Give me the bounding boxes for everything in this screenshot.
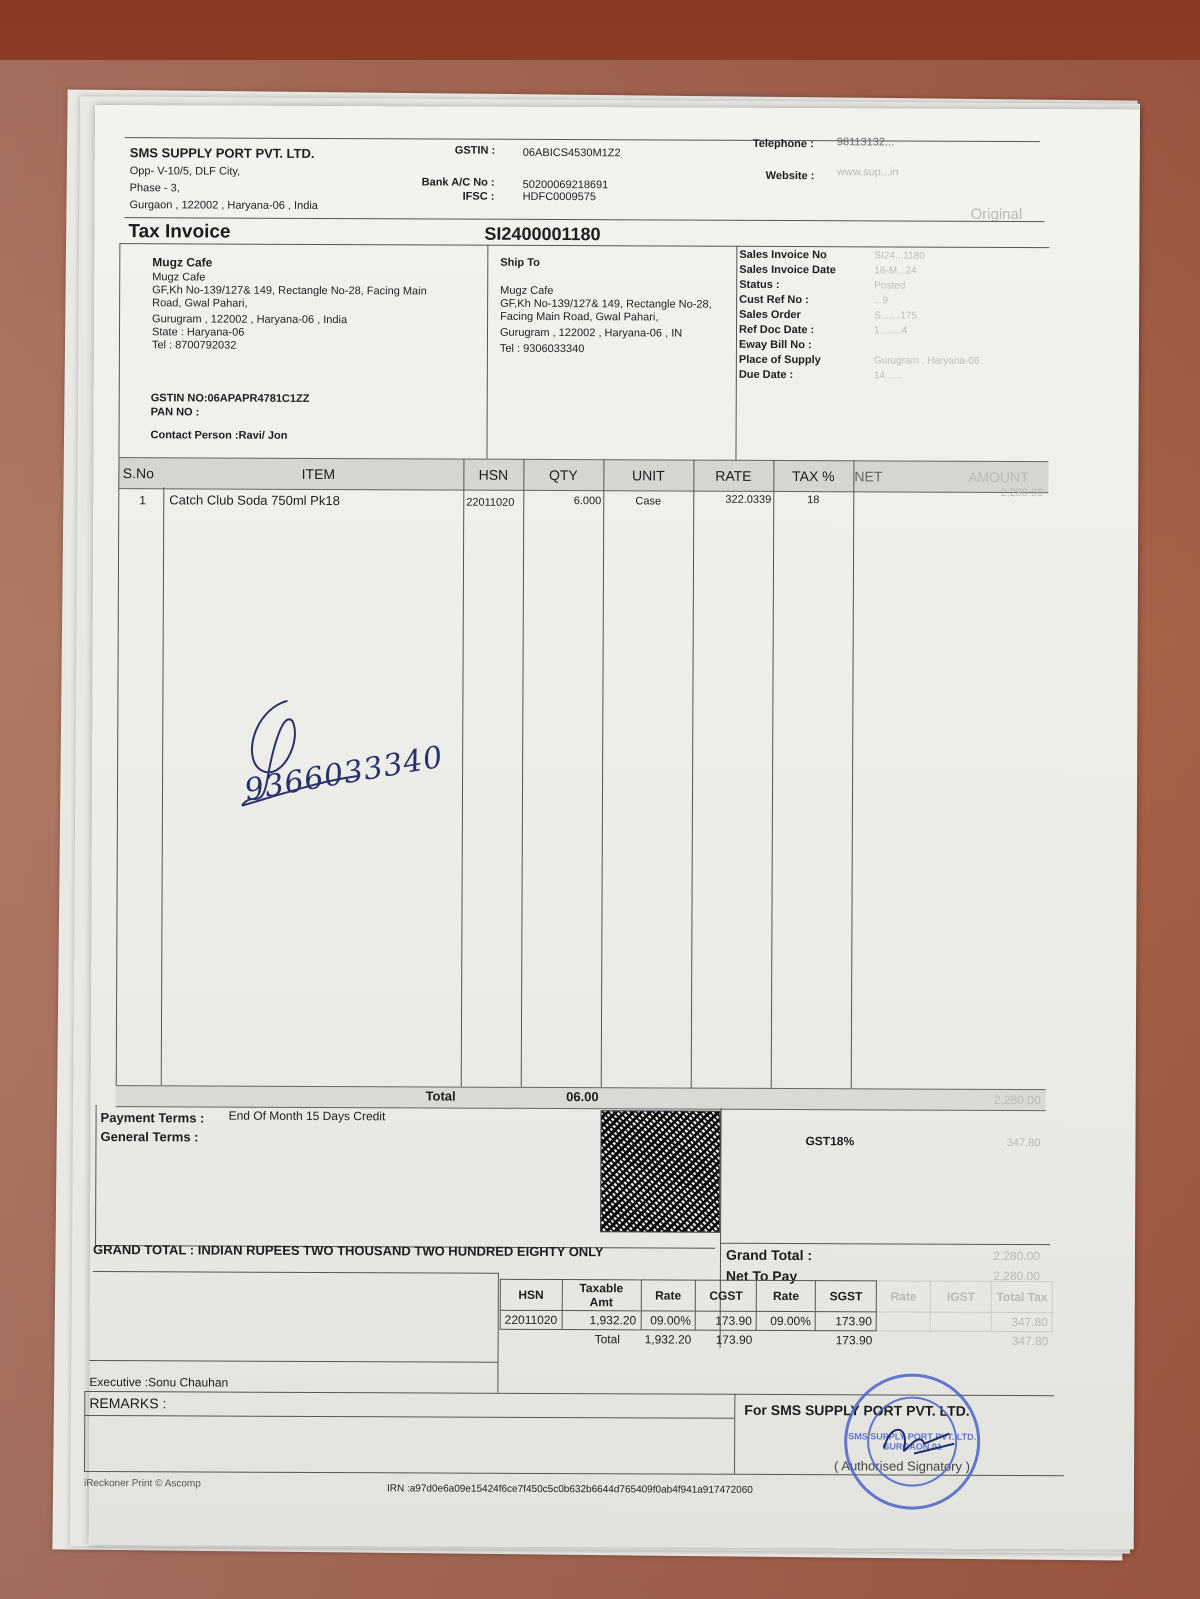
ship-to-line: Tel : 9306033340 <box>500 343 712 357</box>
stamp-signature <box>879 1418 959 1463</box>
total-amount: 2,280.00 <box>951 1093 1041 1107</box>
gst-row-rate: 09.00% <box>641 1311 696 1330</box>
invoice-meta-label: Sales Invoice Date <box>739 263 874 279</box>
table-rule <box>601 459 605 1087</box>
gst-row-rate2: 09.00% <box>756 1311 815 1330</box>
gst-row-hsn: 22011020 <box>500 1310 562 1329</box>
ship-to-line: GF,Kh No-139/127& 149, Rectangle No-28, <box>500 298 712 312</box>
bill-to-address: Mugz Cafe GF,Kh No-139/127& 149, Rectang… <box>152 271 427 353</box>
invoice-meta-value: 1........4 <box>874 323 907 338</box>
invoice-meta-row: Eway Bill No : <box>739 338 1039 354</box>
row-sno: 1 <box>139 493 146 507</box>
col-qty: QTY <box>523 460 603 490</box>
invoice-meta-row: Ref Doc Date :1........4 <box>739 323 1039 339</box>
bill-to-contact: Contact Person :Ravi/ Jon <box>151 429 288 442</box>
col-net: NET <box>853 461 883 491</box>
gst-table-row: 22011020 1,932.20 09.00% 173.90 09.00% 1… <box>500 1310 1052 1331</box>
header-top-rule <box>125 137 1040 142</box>
telephone-label: Telephone : <box>753 138 814 150</box>
total-qty: 06.00 <box>521 1089 599 1104</box>
invoice-meta-label: Cust Ref No : <box>739 293 874 309</box>
invoice-meta-value: Gurugram , Haryana-06 <box>874 353 980 368</box>
row-qty: 6.000 <box>523 495 601 507</box>
invoice-meta-label: Place of Supply <box>739 353 874 369</box>
invoice-meta-row: Sales Invoice NoSI24...1180 <box>739 248 1039 264</box>
table-rule <box>521 459 525 1087</box>
gst-amount: 347.80 <box>970 1137 1040 1149</box>
invoice-meta-label: Sales Order <box>739 308 874 324</box>
table-rule <box>771 460 775 1088</box>
invoice-meta-label: Ref Doc Date : <box>739 323 874 339</box>
print-credit: iReckoner Print © Ascomp <box>84 1478 201 1490</box>
bill-to-name: Mugz Cafe <box>152 255 212 269</box>
invoice-meta-row: Sales Invoice Date18-M...24 <box>739 263 1039 279</box>
grand-total-label: Grand Total : <box>726 1247 812 1263</box>
payment-terms-label: Payment Terms : <box>101 1110 205 1125</box>
gst-total-sgst: 173.90 <box>815 1331 876 1350</box>
grand-total-words: GRAND TOTAL : INDIAN RUPEES TWO THOUSAND… <box>93 1242 604 1259</box>
col-tax: TAX % <box>773 461 853 491</box>
bill-to-line: Tel : 8700792032 <box>152 339 427 353</box>
grand-total-top-rule <box>720 1243 1050 1245</box>
invoice-meta-value: 18-M...24 <box>874 263 916 278</box>
invoice-meta-label: Due Date : <box>739 368 874 384</box>
invoice-meta-value: 14...... <box>874 368 902 383</box>
gst-col-total: Total Tax <box>991 1281 1052 1312</box>
gst-row-sgst: 173.90 <box>815 1312 876 1331</box>
company-address: Opp- V-10/5, DLF City, Phase - 3, Gurgao… <box>130 163 319 215</box>
gst-col-hsn: HSN <box>500 1279 562 1310</box>
ship-to-address: Mugz Cafe GF,Kh No-139/127& 149, Rectang… <box>500 285 712 357</box>
row-item: Catch Club Soda 750ml Pk18 <box>169 492 340 508</box>
company-address-line: Phase - 3, <box>130 180 318 198</box>
invoice-sheet: SMS SUPPLY PORT PVT. LTD. Opp- V-10/5, D… <box>89 105 1140 1550</box>
invoice-meta-value: S.......175 <box>874 308 917 323</box>
col-unit: UNIT <box>603 460 693 490</box>
gst-section-top-rule <box>93 1271 498 1274</box>
gst-col-taxable: Taxable Amt <box>562 1280 641 1311</box>
row-tax: 18 <box>773 494 853 506</box>
executive-name: Executive :Sonu Chauhan <box>89 1375 228 1390</box>
party-divider-1 <box>486 245 488 459</box>
invoice-meta-row: Due Date :14...... <box>739 368 1039 384</box>
invoice-meta-row: Sales OrderS.......175 <box>739 308 1039 324</box>
remarks-mid-rule <box>84 1415 734 1419</box>
table-rule <box>161 487 165 1085</box>
table-rule <box>116 457 120 1085</box>
bill-to-line: Road, Gwal Pahari, <box>152 297 427 311</box>
invoice-meta: Sales Invoice NoSI24...1180Sales Invoice… <box>739 248 1040 384</box>
bank-label: Bank A/C No : <box>422 176 495 188</box>
ifsc-label: IFSC : <box>463 191 495 203</box>
gst-col-sgst: SGST <box>815 1281 876 1312</box>
bill-to-line: GF,Kh No-139/127& 149, Rectangle No-28, … <box>152 284 427 298</box>
col-hsn: HSN <box>463 460 523 490</box>
col-sno: S.No <box>118 458 158 488</box>
remarks-label: REMARKS : <box>89 1395 166 1411</box>
table-rule <box>691 460 695 1088</box>
company-address-line: Opp- V-10/5, DLF City, <box>130 163 318 181</box>
gst-row-cgst: 173.90 <box>695 1311 756 1330</box>
telephone-value: 98113132... <box>837 136 894 148</box>
company-gstin: 06ABICS4530M1Z2 <box>523 147 621 159</box>
irn-number: IRN :a97d0e6a09e15424f6ce7f450c5c0b632b6… <box>387 1483 753 1496</box>
exec-top-rule <box>90 1360 498 1363</box>
items-table-header: S.No ITEM HSN QTY UNIT RATE TAX % NET AM… <box>118 457 1048 493</box>
invoice-meta-row: Status :Posted <box>739 278 1039 294</box>
invoice-number: SI2400001180 <box>484 224 600 246</box>
invoice-meta-label: Status : <box>739 278 874 294</box>
ship-to-line: Facing Main Road, Gwal Pahari, <box>500 311 712 325</box>
gstin-label: GSTIN : <box>455 145 495 157</box>
qr-code <box>600 1110 721 1233</box>
gst-total-label: Total <box>595 1332 620 1346</box>
website-label: Website : <box>766 170 815 182</box>
gst-total-taxable: 1,932.20 <box>641 1330 696 1349</box>
bill-to-line: Gurugram , 122002 , Haryana-06 , India <box>152 313 427 327</box>
total-label: Total <box>411 1088 456 1103</box>
general-terms-label: General Terms : <box>100 1129 198 1144</box>
invoice-meta-value: Posted <box>874 278 905 293</box>
row-hsn: 22011020 <box>466 497 514 509</box>
document-title: Tax Invoice <box>128 221 230 243</box>
invoice-meta-value: ...9 <box>874 293 888 308</box>
company-name: SMS SUPPLY PORT PVT. LTD. <box>130 145 315 161</box>
party-left-rule <box>118 243 120 457</box>
bank-account: 50200069218691 <box>523 179 609 191</box>
ship-to-line: Gurugram , 122002 , Haryana-06 , IN <box>500 327 712 341</box>
header-bottom-rule <box>125 217 1045 222</box>
terms-left-rule <box>95 1105 97 1245</box>
row-unit: Case <box>603 495 693 507</box>
gst-label: GST18% <box>805 1134 854 1148</box>
row-rate: 322.0339 <box>693 494 771 506</box>
gst-summary-table: HSN Taxable Amt Rate CGST Rate SGST Rate… <box>500 1279 1054 1350</box>
bill-to-name2: Mugz Cafe <box>152 271 427 285</box>
invoice-meta-label: Eway Bill No : <box>739 338 874 354</box>
gst-row-taxable: 1,932.20 <box>562 1311 641 1330</box>
ifsc-code: HDFC0009575 <box>523 191 596 203</box>
gst-col-cgst: CGST <box>695 1280 756 1311</box>
gst-col-rate3: Rate <box>876 1281 930 1312</box>
gst-col-rate: Rate <box>641 1280 696 1311</box>
gst-row-total: 347.80 <box>991 1312 1052 1331</box>
gst-total-cell: Total <box>562 1330 641 1349</box>
bill-to-pan: PAN NO : <box>151 406 200 418</box>
company-address-line: Gurgaon , 122002 , Haryana-06 , India <box>130 197 318 215</box>
invoice-meta-label: Sales Invoice No <box>739 248 874 264</box>
invoice-meta-value: SI24...1180 <box>874 248 924 263</box>
invoice-meta-row: Place of SupplyGurugram , Haryana-06 <box>739 353 1039 369</box>
gst-row-rate3 <box>876 1312 930 1331</box>
invoice-meta-row: Cust Ref No :...9 <box>739 293 1039 309</box>
col-item: ITEM <box>168 458 468 489</box>
signature-divider <box>734 1394 735 1474</box>
website-value: www.sup...in <box>837 166 899 178</box>
ship-to-name: Mugz Cafe <box>500 285 712 299</box>
bill-to-gstin: GSTIN NO:06APAPR4781C1ZZ <box>151 392 310 405</box>
col-rate: RATE <box>693 461 773 491</box>
gst-col-rate2: Rate <box>756 1280 815 1311</box>
bill-to-line: State : Haryana-06 <box>152 326 427 340</box>
gst-total-cgst: 173.90 <box>695 1330 756 1349</box>
gst-col-igst: IGST <box>930 1281 991 1312</box>
gst-table-header: HSN Taxable Amt Rate CGST Rate SGST Rate… <box>500 1279 1052 1312</box>
gst-total-tax: 347.80 <box>991 1331 1052 1350</box>
gst-table-total-row: Total 1,932.20 173.90 173.90 347.80 <box>500 1329 1052 1350</box>
party-divider-2 <box>735 246 737 460</box>
row-amount: 2,280.00 <box>953 487 1043 499</box>
ship-to-label: Ship To <box>500 257 540 269</box>
table-rule <box>851 460 855 1088</box>
grand-total-value: 2,280.00 <box>960 1249 1040 1263</box>
gst-row-igst <box>930 1312 991 1331</box>
payment-terms-value: End Of Month 15 Days Credit <box>229 1109 386 1124</box>
